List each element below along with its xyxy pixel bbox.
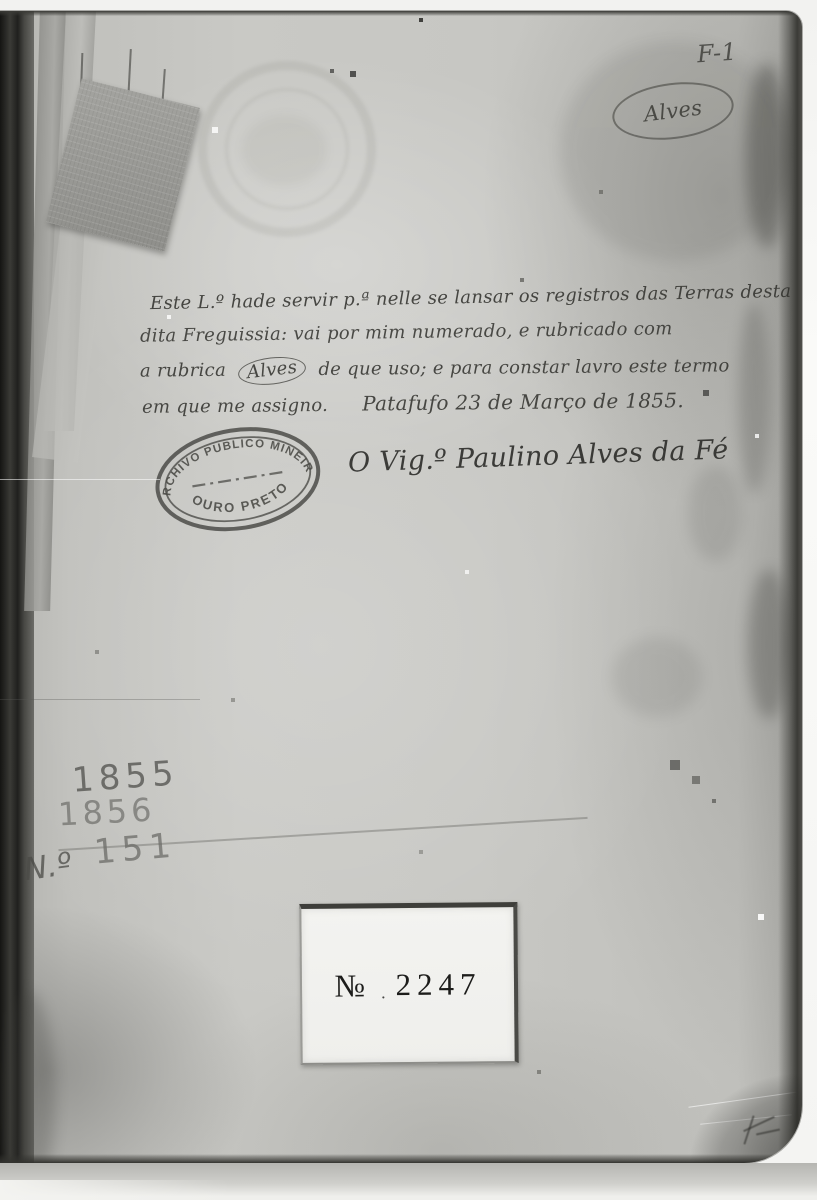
binding-shadow-stain bbox=[0, 991, 55, 1163]
term-line-2: dita Freguissia: vai por mim numerado, e… bbox=[140, 318, 673, 346]
scanned-document-page: F-1 Alves Este L.º hade servir p.ª nelle… bbox=[0, 0, 817, 1200]
inline-circled-rubric: Alves bbox=[237, 354, 308, 389]
crease-line bbox=[0, 699, 200, 700]
scan-background bbox=[0, 1180, 230, 1200]
catalogue-number: 2247 bbox=[395, 966, 481, 1003]
pencil-year-1856: 1856 bbox=[57, 790, 156, 833]
archive-oval-stamp: ARCHIVO PUBLICO MINEIRO OURO PRETO bbox=[142, 410, 336, 550]
pencil-number-151: 151 bbox=[92, 825, 178, 872]
numero-sign: № bbox=[334, 967, 365, 1004]
stamp-divider-line bbox=[192, 472, 283, 486]
term-line-4: em que me assigno. Patafufo 23 de Março … bbox=[142, 388, 684, 418]
place-dateline: Patafufo 23 de Março de 1855. bbox=[362, 388, 684, 415]
paper-discoloration bbox=[612, 637, 702, 717]
term-line-1: Este L.º hade servir p.ª nelle se lansar… bbox=[150, 281, 792, 314]
catalogue-number-label: № . 2247 bbox=[299, 902, 518, 1065]
label-separator-dot: . bbox=[381, 982, 386, 1003]
paper-discoloration bbox=[688, 466, 743, 561]
page-right-edge bbox=[778, 11, 802, 1163]
paper-discoloration bbox=[560, 41, 790, 261]
term-line-3: a rubrica Alves de que uso; e para const… bbox=[140, 353, 730, 385]
vicar-signature: O Vig.º Paulino Alves da Fé bbox=[348, 434, 729, 478]
page-corner-shadow bbox=[662, 1053, 802, 1163]
edge-stain bbox=[738, 303, 770, 493]
faded-stamp-center bbox=[242, 115, 327, 185]
term-line-3-prefix: a rubrica bbox=[140, 360, 226, 382]
crease-line bbox=[0, 479, 160, 480]
pencil-number-prefix: N.º bbox=[22, 846, 74, 888]
faded-round-stamp bbox=[198, 61, 376, 237]
page-top-edge bbox=[0, 11, 802, 16]
term-line-3-suffix: de que uso; e para constar lavro este te… bbox=[318, 355, 729, 380]
book-cover-page: F-1 Alves Este L.º hade servir p.ª nelle… bbox=[0, 11, 802, 1163]
